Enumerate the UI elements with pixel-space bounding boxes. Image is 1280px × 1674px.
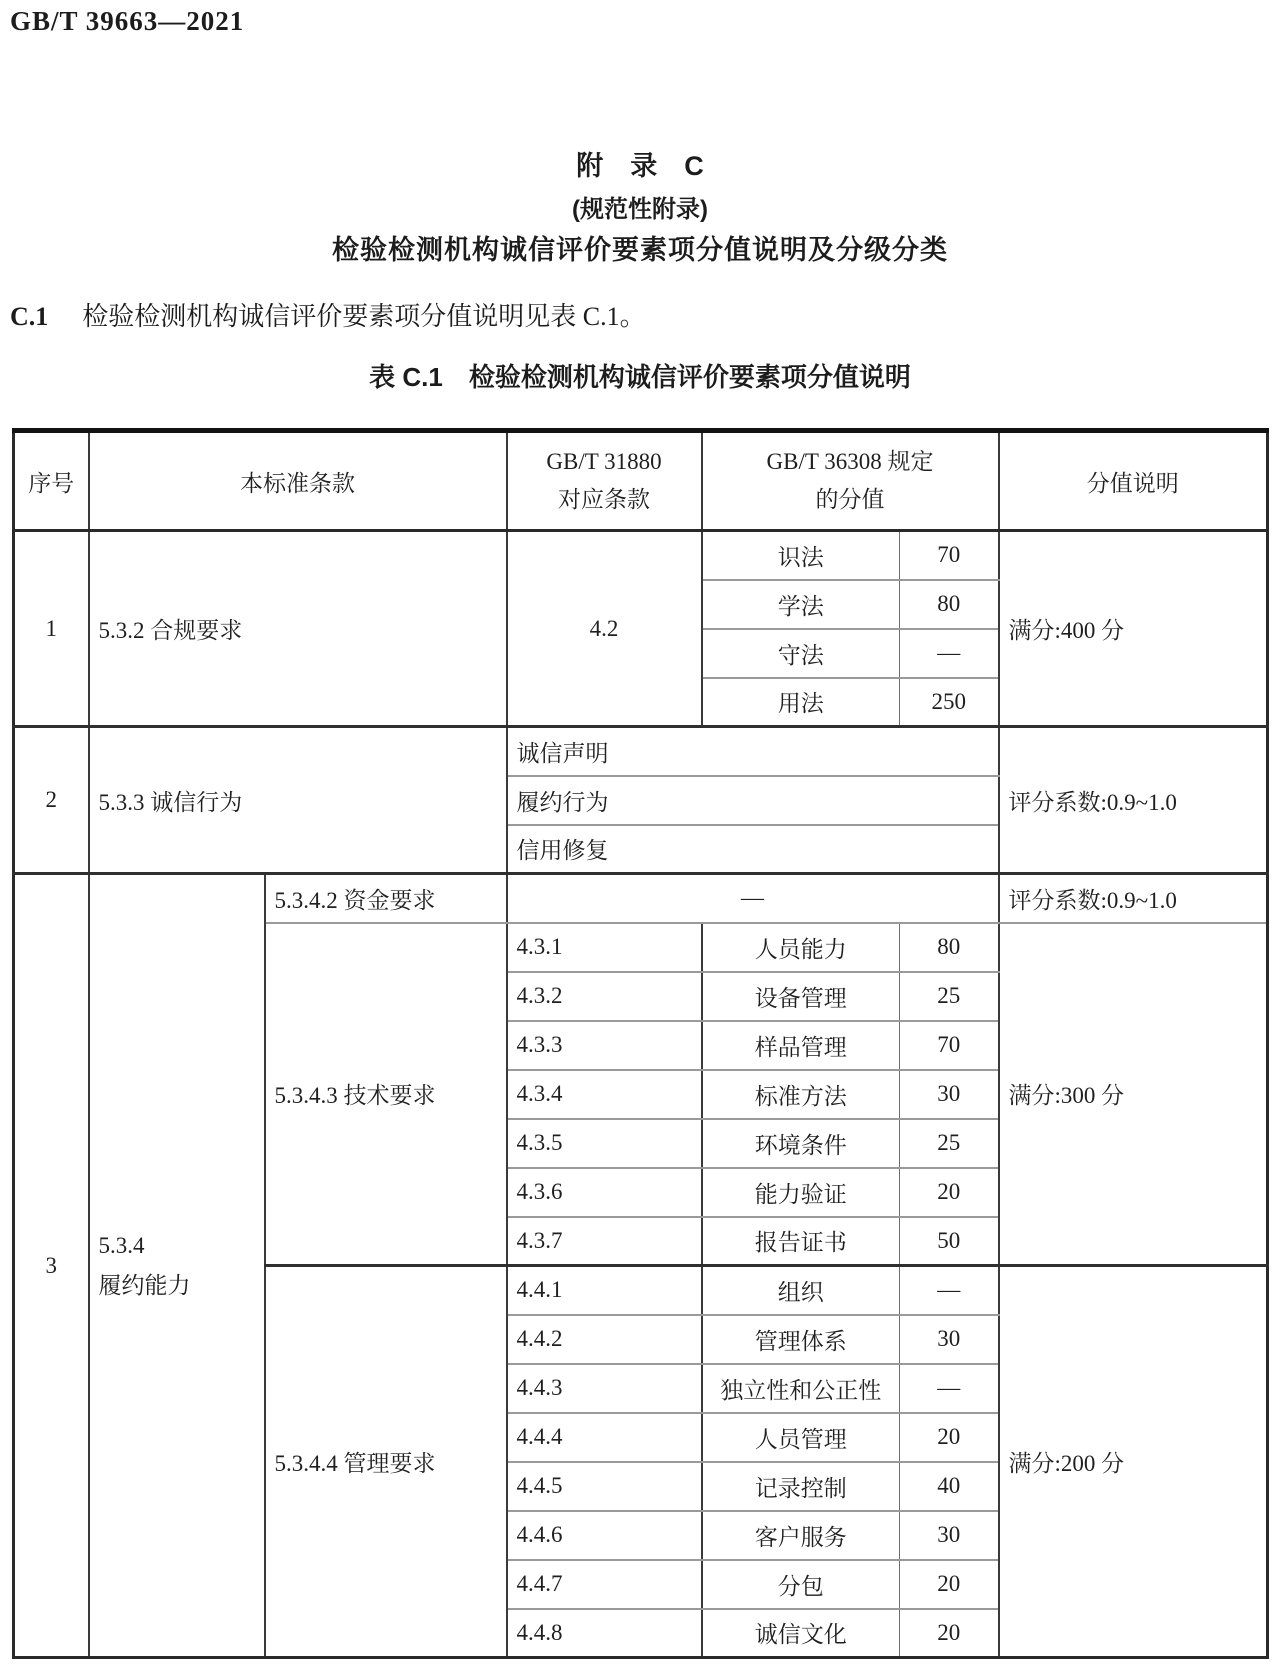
ref-cell: 4.4.1 <box>507 1266 702 1315</box>
element-cell: 报告证书 <box>702 1217 900 1266</box>
ref-cell: 4.3.7 <box>507 1217 702 1266</box>
ref-cell: 4.3.2 <box>507 972 702 1021</box>
element-cell: 记录控制 <box>702 1462 900 1511</box>
header-note: 分值说明 <box>999 431 1268 531</box>
element-cell: 标准方法 <box>702 1070 900 1119</box>
note-cell: 评分系数:0.9~1.0 <box>999 874 1268 923</box>
clause-cell: 5.3.4 履约能力 <box>89 874 265 1658</box>
clause-line1: 5.3.4 <box>99 1226 264 1266</box>
element-cell: 样品管理 <box>702 1021 900 1070</box>
ref-cell: 4.4.5 <box>507 1462 702 1511</box>
score-cell: 30 <box>900 1511 999 1560</box>
note-cell: 评分系数:0.9~1.0 <box>999 727 1268 874</box>
standard-number: GB/T 39663—2021 <box>10 6 244 37</box>
score-table: 序号 本标准条款 GB/T 31880 对应条款 GB/T 36308 规定 的… <box>12 428 1269 1659</box>
table-caption-title: 检验检测机构诚信评价要素项分值说明 <box>469 362 911 392</box>
score-cell: 250 <box>900 678 999 727</box>
score-cell: 25 <box>900 1119 999 1168</box>
element-cell: 设备管理 <box>702 972 900 1021</box>
header-score-line1: GB/T 36308 规定 <box>703 443 998 481</box>
ref-cell: 4.4.8 <box>507 1609 702 1658</box>
element-cell: 识法 <box>702 531 900 580</box>
subclause-cell: 5.3.4.3 技术要求 <box>265 923 507 1266</box>
clause-number: C.1 <box>10 302 48 331</box>
appendix-type-note: (规范性附录) <box>0 189 1280 224</box>
ref-cell: 4.4.2 <box>507 1315 702 1364</box>
element-cell: 信用修复 <box>507 825 999 874</box>
subclause-cell: 5.3.4.2 资金要求 <box>265 874 507 923</box>
ref-cell: 4.4.4 <box>507 1413 702 1462</box>
clause-cell: 5.3.2 合规要求 <box>89 531 507 727</box>
score-cell: 20 <box>900 1560 999 1609</box>
seq-cell: 3 <box>14 874 89 1658</box>
score-cell: — <box>900 1364 999 1413</box>
header-ref-clause: GB/T 31880 对应条款 <box>507 431 702 531</box>
appendix-label: 附 录 C <box>0 144 1280 183</box>
clause-c1-paragraph: C.1检验检测机构诚信评价要素项分值说明见表 C.1。 <box>10 296 646 333</box>
score-cell: 20 <box>900 1168 999 1217</box>
note-cell: 满分:400 分 <box>999 531 1268 727</box>
score-cell: 30 <box>900 1070 999 1119</box>
ref-cell: 4.3.1 <box>507 923 702 972</box>
ref-cell: 4.4.7 <box>507 1560 702 1609</box>
element-cell: 人员能力 <box>702 923 900 972</box>
header-score-line2: 的分值 <box>703 481 998 519</box>
element-cell: 管理体系 <box>702 1315 900 1364</box>
element-cell: 分包 <box>702 1560 900 1609</box>
score-cell: 50 <box>900 1217 999 1266</box>
table-caption-label: 表 C.1 <box>369 362 443 392</box>
element-cell: 学法 <box>702 580 900 629</box>
ref-cell: 4.3.6 <box>507 1168 702 1217</box>
element-cell: 守法 <box>702 629 900 678</box>
clause-cell: 5.3.3 诚信行为 <box>89 727 507 874</box>
ref-cell: 4.3.3 <box>507 1021 702 1070</box>
seq-cell: 1 <box>14 531 89 727</box>
clause-line2: 履约能力 <box>99 1266 264 1306</box>
ref-cell: 4.4.6 <box>507 1511 702 1560</box>
score-cell: 30 <box>900 1315 999 1364</box>
header-seq: 序号 <box>14 431 89 531</box>
score-cell: 70 <box>900 531 999 580</box>
element-cell: 组织 <box>702 1266 900 1315</box>
header-ref-line1: GB/T 31880 <box>508 443 701 481</box>
element-cell: 环境条件 <box>702 1119 900 1168</box>
score-cell: 25 <box>900 972 999 1021</box>
ref-cell: 4.2 <box>507 531 702 727</box>
subclause-cell: 5.3.4.4 管理要求 <box>265 1266 507 1658</box>
table-caption: 表 C.1检验检测机构诚信评价要素项分值说明 <box>0 357 1280 394</box>
score-cell: 80 <box>900 580 999 629</box>
table-header-row: 序号 本标准条款 GB/T 31880 对应条款 GB/T 36308 规定 的… <box>14 431 1268 531</box>
element-cell: 人员管理 <box>702 1413 900 1462</box>
element-cell: 诚信文化 <box>702 1609 900 1658</box>
table-row: 1 5.3.2 合规要求 4.2 识法 70 满分:400 分 <box>14 531 1268 580</box>
seq-cell: 2 <box>14 727 89 874</box>
ref-cell: 4.3.4 <box>507 1070 702 1119</box>
appendix-title: 检验检测机构诚信评价要素项分值说明及分级分类 <box>0 228 1280 267</box>
ref-cell: 4.4.3 <box>507 1364 702 1413</box>
score-cell: 70 <box>900 1021 999 1070</box>
score-cell: — <box>507 874 999 923</box>
element-cell: 客户服务 <box>702 1511 900 1560</box>
table-row: 3 5.3.4 履约能力 5.3.4.2 资金要求 — 评分系数:0.9~1.0 <box>14 874 1268 923</box>
header-score: GB/T 36308 规定 的分值 <box>702 431 999 531</box>
element-cell: 诚信声明 <box>507 727 999 776</box>
table-row: 2 5.3.3 诚信行为 诚信声明 评分系数:0.9~1.0 <box>14 727 1268 776</box>
score-cell: — <box>900 629 999 678</box>
clause-text: 检验检测机构诚信评价要素项分值说明见表 C.1。 <box>82 302 645 331</box>
header-clause: 本标准条款 <box>89 431 507 531</box>
note-cell: 满分:300 分 <box>999 923 1268 1266</box>
score-cell: — <box>900 1266 999 1315</box>
score-cell: 20 <box>900 1609 999 1658</box>
document-page: GB/T 39663—2021 附 录 C (规范性附录) 检验检测机构诚信评价… <box>0 0 1280 1674</box>
element-cell: 用法 <box>702 678 900 727</box>
score-cell: 20 <box>900 1413 999 1462</box>
score-cell: 40 <box>900 1462 999 1511</box>
element-cell: 独立性和公正性 <box>702 1364 900 1413</box>
ref-cell: 4.3.5 <box>507 1119 702 1168</box>
header-ref-line2: 对应条款 <box>508 481 701 519</box>
score-cell: 80 <box>900 923 999 972</box>
element-cell: 履约行为 <box>507 776 999 825</box>
note-cell: 满分:200 分 <box>999 1266 1268 1658</box>
element-cell: 能力验证 <box>702 1168 900 1217</box>
